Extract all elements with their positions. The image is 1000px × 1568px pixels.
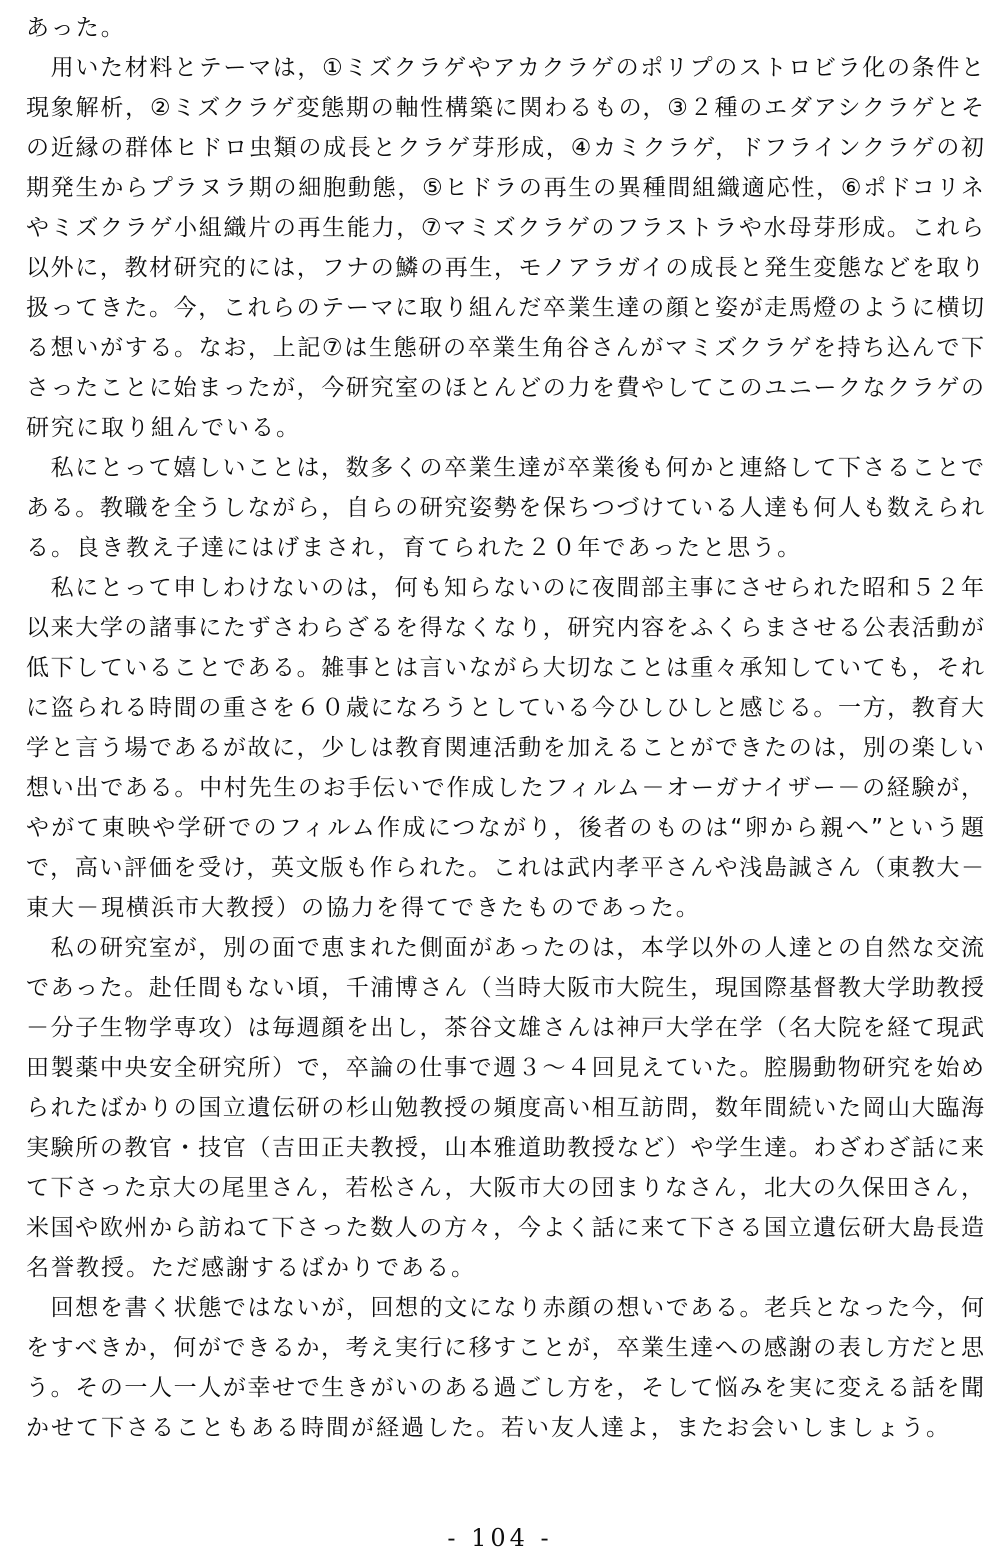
text-line: －分子生物学専攻）は毎週顔を出し，茶谷文雄さんは神戸大学在学（名大院を経て現武 xyxy=(26,1008,984,1048)
paragraph: 私にとって嬉しいことは，数多くの卒業生達が卒業後も何かと連絡して下さることである… xyxy=(26,448,984,568)
text-line: で，高い評価を受け，英文版も作られた。これは武内孝平さんや浅島誠さん（東教大－ xyxy=(26,848,984,888)
text-line: 以来大学の諸事にたずさわらざるを得なくなり，研究内容をふくらまさせる公表活動が xyxy=(26,608,984,648)
body-text: あった。 用いた材料とテーマは，①ミズクラゲやアカクラゲのポリプのストロビラ化の… xyxy=(0,0,1000,1448)
text-line: 用いた材料とテーマは，①ミズクラゲやアカクラゲのポリプのストロビラ化の条件と xyxy=(26,48,984,88)
paragraph: 私にとって申しわけないのは，何も知らないのに夜間部主事にさせられた昭和５２年以来… xyxy=(26,568,984,928)
paragraph: 私の研究室が，別の面で恵まれた側面があったのは，本学以外の人達との自然な交流であ… xyxy=(26,928,984,1288)
text-line: かせて下さることもある時間が経過した。若い友人達よ，またお会いしましょう。 xyxy=(26,1408,984,1448)
text-line: て下さった京大の尾里さん，若松さん，大阪市大の団まりなさん，北大の久保田さん， xyxy=(26,1168,984,1208)
text-line: やミズクラゲ小組織片の再生能力，⑦マミズクラゲのフラストラや水母芽形成。これら xyxy=(26,208,984,248)
text-line: 研究に取り組んでいる。 xyxy=(26,408,984,448)
text-line: 低下していることである。雑事とは言いながら大切なことは重々承知していても，それ xyxy=(26,648,984,688)
paragraph: 用いた材料とテーマは，①ミズクラゲやアカクラゲのポリプのストロビラ化の条件と現象… xyxy=(26,48,984,448)
text-line: 名誉教授。ただ感謝するばかりである。 xyxy=(26,1248,984,1288)
document-page: あった。 用いた材料とテーマは，①ミズクラゲやアカクラゲのポリプのストロビラ化の… xyxy=(0,0,1000,1568)
page-footer: - 104 - xyxy=(0,1524,1000,1552)
text-line: 米国や欧州から訪ねて下さった数人の方々，今よく話に来て下さる国立遺伝研大島長造 xyxy=(26,1208,984,1248)
text-line: 私にとって申しわけないのは，何も知らないのに夜間部主事にさせられた昭和５２年 xyxy=(26,568,984,608)
paragraph: あった。 xyxy=(26,8,984,48)
text-line: やがて東映や学研でのフィルム作成につながり，後者のものは“卵から親へ”という題 xyxy=(26,808,984,848)
text-line: 私にとって嬉しいことは，数多くの卒業生達が卒業後も何かと連絡して下さることで xyxy=(26,448,984,488)
text-line: られたばかりの国立遺伝研の杉山勉教授の頻度高い相互訪問，数年間続いた岡山大臨海 xyxy=(26,1088,984,1128)
text-line: 実験所の教官・技官（吉田正夫教授，山本雅道助教授など）や学生達。わざわざ話に来 xyxy=(26,1128,984,1168)
text-line: 田製薬中央安全研究所）で，卒論の仕事で週３～４回見えていた。腔腸動物研究を始め xyxy=(26,1048,984,1088)
text-line: の近縁の群体ヒドロ虫類の成長とクラゲ芽形成，④カミクラゲ，ドフラインクラゲの初 xyxy=(26,128,984,168)
text-line: 現象解析，②ミズクラゲ変態期の軸性構築に関わるもの，③２種のエダアシクラゲとそ xyxy=(26,88,984,128)
text-line: 想い出である。中村先生のお手伝いで作成したフィルム－オーガナイザー－の経験が， xyxy=(26,768,984,808)
text-line: あった。 xyxy=(26,8,984,48)
text-line: さったことに始まったが，今研究室のほとんどの力を費やしてこのユニークなクラゲの xyxy=(26,368,984,408)
text-line: 回想を書く状態ではないが，回想的文になり赤顔の想いである。老兵となった今，何 xyxy=(26,1288,984,1328)
paragraph: 回想を書く状態ではないが，回想的文になり赤顔の想いである。老兵となった今，何をす… xyxy=(26,1288,984,1448)
text-line: 期発生からプラヌラ期の細胞動態，⑤ヒドラの再生の異種間組織適応性，⑥ポドコリネ xyxy=(26,168,984,208)
text-line: 学と言う場であるが故に，少しは教育関連活動を加えることができたのは，別の楽しい xyxy=(26,728,984,768)
text-line: る。良き教え子達にはげまされ，育てられた２０年であったと思う。 xyxy=(26,528,984,568)
text-line: をすべきか，何ができるか，考え実行に移すことが，卒業生達への感謝の表し方だと思 xyxy=(26,1328,984,1368)
text-line: う。その一人一人が幸せで生きがいのある過ごし方を，そして悩みを実に変える話を聞 xyxy=(26,1368,984,1408)
text-line: ある。教職を全うしながら，自らの研究姿勢を保ちつづけている人達も何人も数えられ xyxy=(26,488,984,528)
text-line: に盗られる時間の重さを６０歳になろうとしている今ひしひしと感じる。一方，教育大 xyxy=(26,688,984,728)
page-number: - 104 - xyxy=(447,1524,552,1552)
text-line: 私の研究室が，別の面で恵まれた側面があったのは，本学以外の人達との自然な交流 xyxy=(26,928,984,968)
text-line: 以外に，教材研究的には，フナの鱗の再生，モノアラガイの成長と発生変態などを取り xyxy=(26,248,984,288)
text-line: 扱ってきた。今，これらのテーマに取り組んだ卒業生達の顔と姿が走馬燈のように横切 xyxy=(26,288,984,328)
text-line: であった。赴任間もない頃，千浦博さん（当時大阪市大院生，現国際基督教大学助教授 xyxy=(26,968,984,1008)
text-line: 東大－現横浜市大教授）の協力を得てできたものであった。 xyxy=(26,888,984,928)
text-line: る想いがする。なお，上記⑦は生態研の卒業生角谷さんがマミズクラゲを持ち込んで下 xyxy=(26,328,984,368)
